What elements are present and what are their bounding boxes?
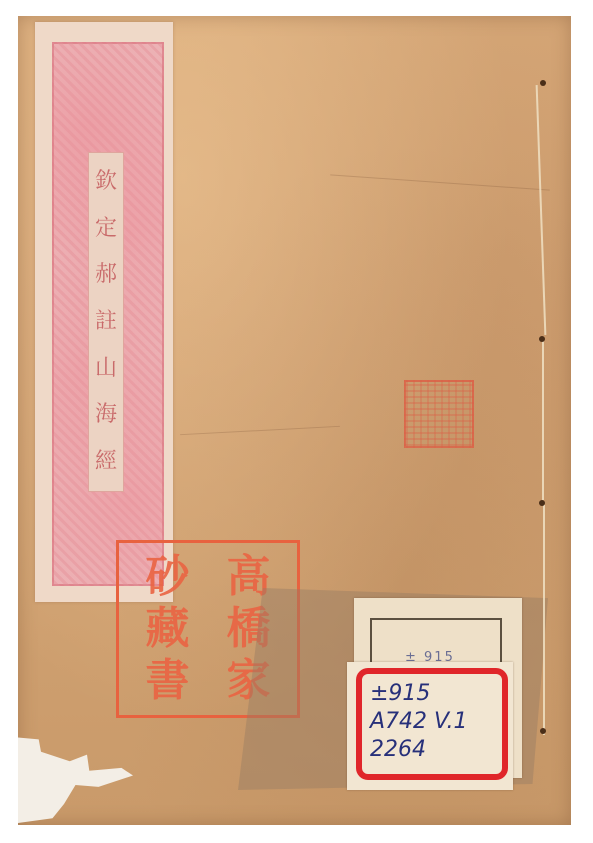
title-char: 欽 (95, 171, 117, 193)
title-char: 海 (95, 404, 117, 426)
small-red-seal (404, 380, 474, 448)
call-number-label: ±915 A742 V.1 2264 (356, 668, 508, 780)
title-char: 經 (95, 451, 117, 473)
call-number-line: ±915 (370, 680, 494, 708)
binding-stitch (540, 728, 546, 734)
seal-char: 書 (127, 655, 208, 707)
binding-thread (543, 505, 545, 735)
title-char: 山 (95, 358, 117, 380)
title-char: 定 (95, 218, 117, 240)
book-title: 欽 定 郝 註 山 海 經 (88, 152, 124, 492)
seal-char: 藏 (127, 603, 208, 655)
call-number-line: 2264 (370, 736, 494, 764)
title-char: 郝 (95, 264, 117, 286)
binding-stitch (539, 500, 545, 506)
binding-stitch (539, 336, 545, 342)
binding-thread (542, 340, 544, 500)
call-number-line: A742 V.1 (370, 708, 494, 736)
title-char: 註 (95, 311, 117, 333)
binding-stitch (540, 80, 546, 86)
seal-char: 砂 (127, 551, 208, 603)
